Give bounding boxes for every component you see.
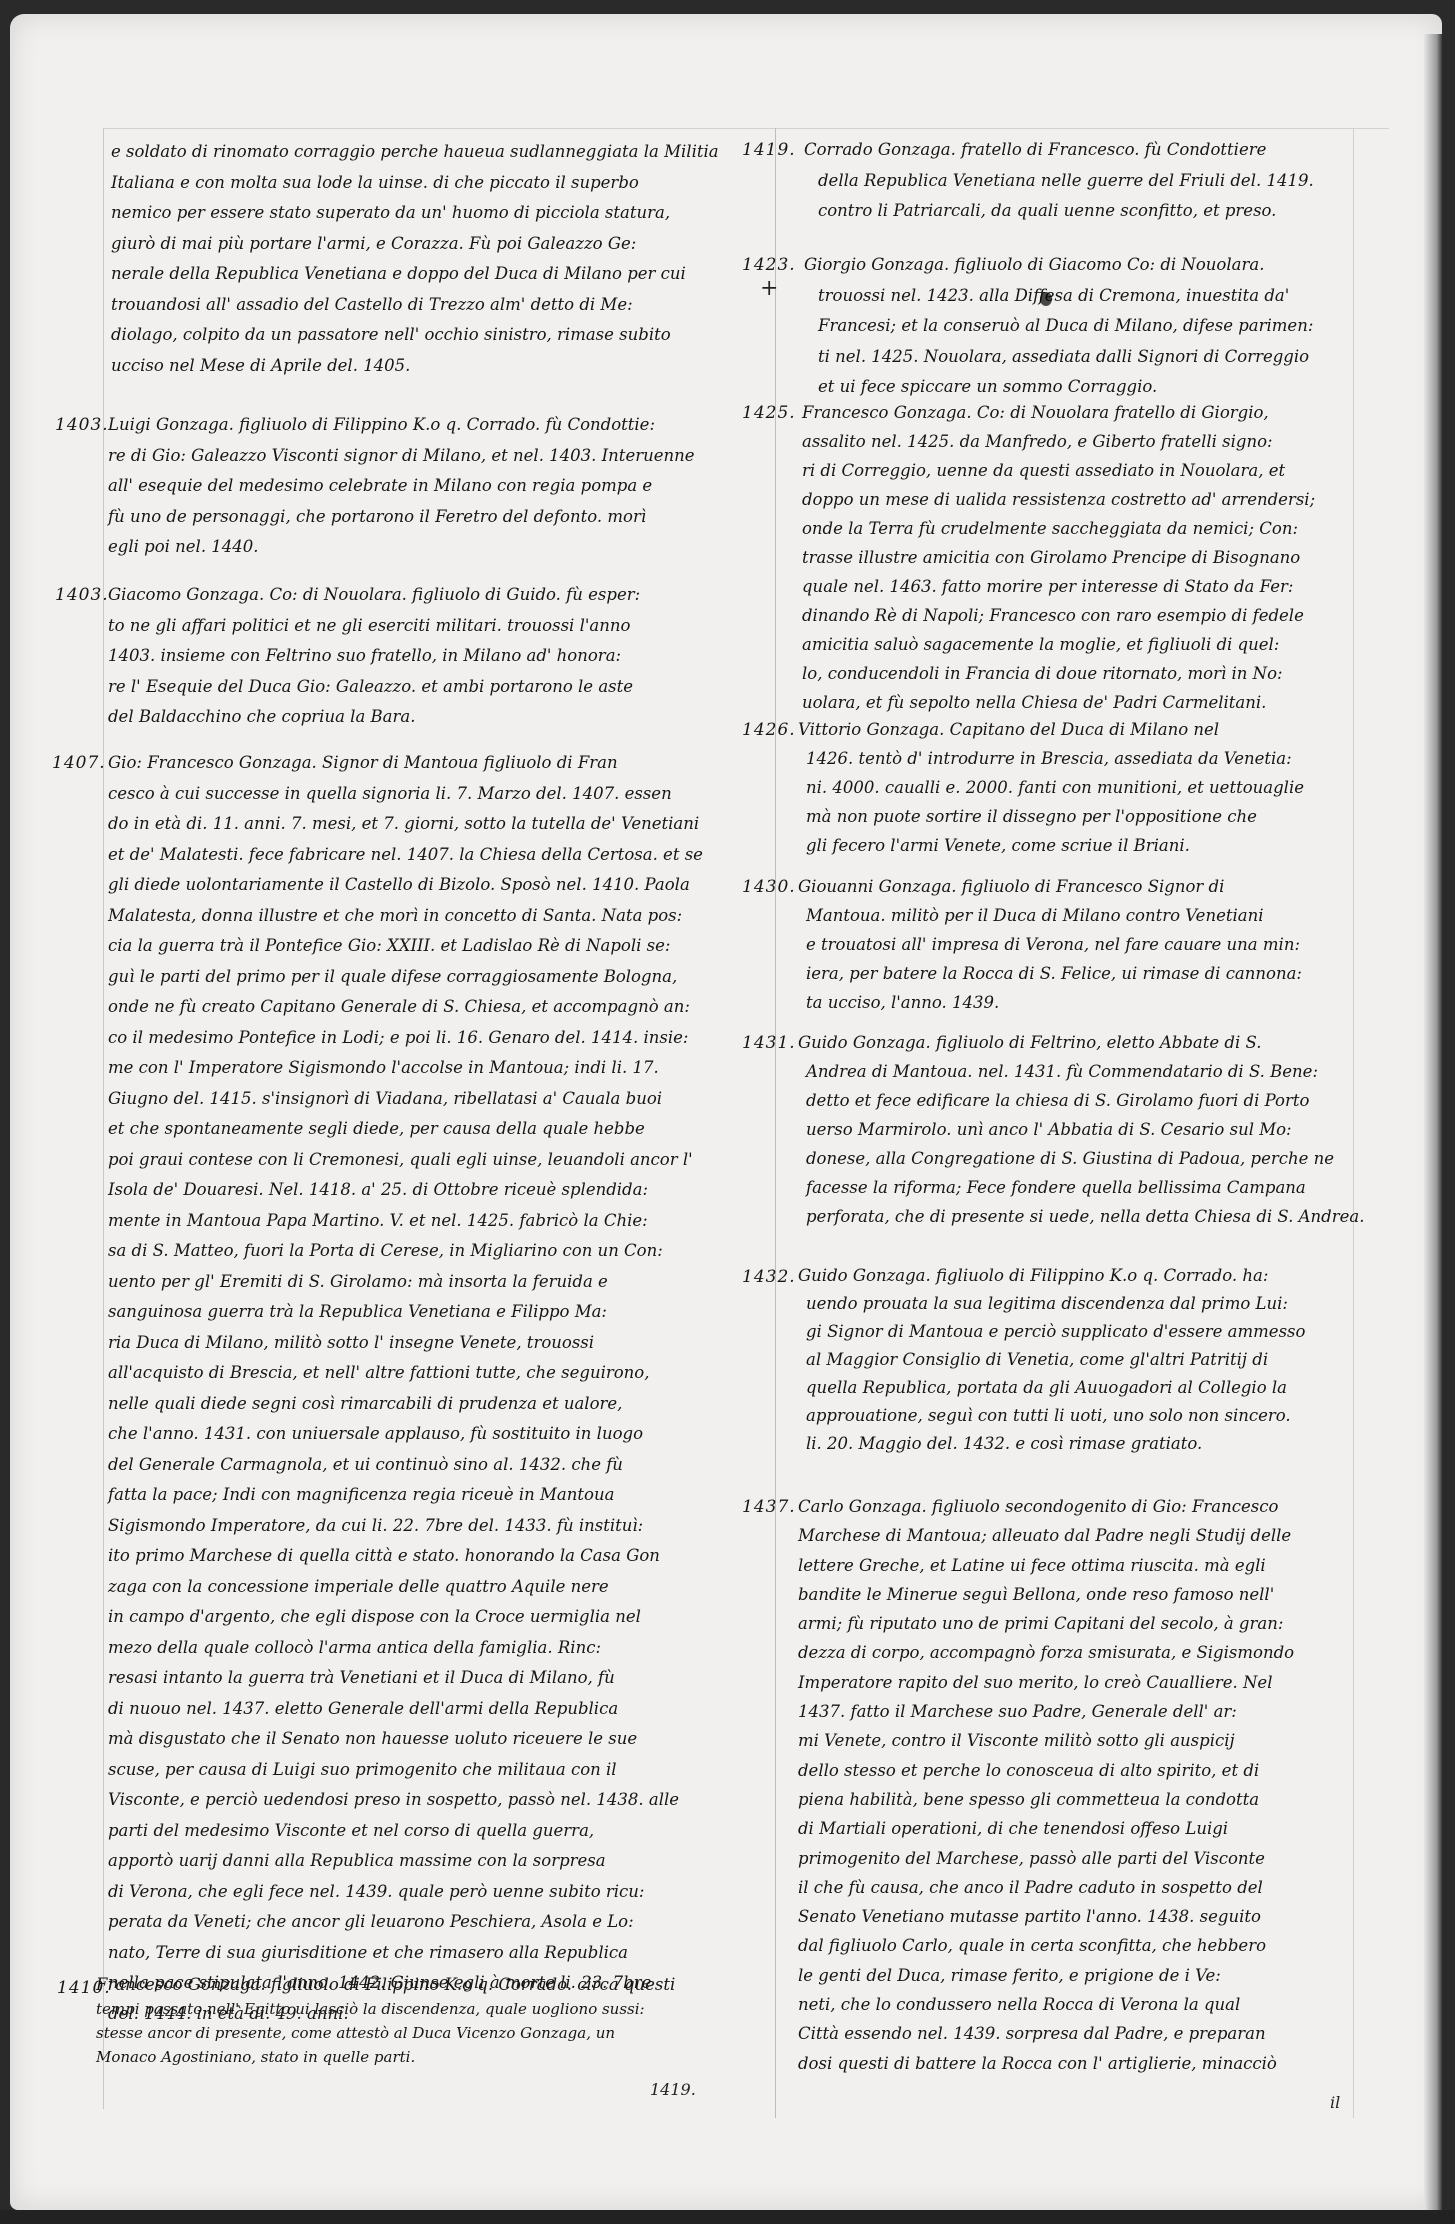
- text-line: re di Gio: Galeazzo Visconti signor di M…: [108, 441, 695, 472]
- text-line: perata da Veneti; che ancor gli leuarono…: [108, 1907, 703, 1938]
- text-line: del Baldacchino che copriua la Bara.: [108, 702, 640, 733]
- text-line: di nuouo nel. 1437. eletto Generale dell…: [108, 1694, 703, 1725]
- text-line: ucciso nel Mese di Aprile del. 1405.: [111, 351, 719, 382]
- entry-text: Guido Gonzaga. figliuolo di Feltrino, el…: [798, 1028, 1364, 1231]
- entry-text: Giorgio Gonzaga. figliuolo di Giacomo Co…: [804, 250, 1313, 403]
- text-line: perforata, che di presente si uede, nell…: [798, 1202, 1364, 1231]
- text-line: che l'anno. 1431. con uniuersale applaus…: [108, 1419, 703, 1450]
- text-line: apportò uarij danni alla Republica massi…: [108, 1846, 703, 1877]
- text-line: cia la guerra trà il Pontefice Gio: XXII…: [108, 931, 703, 962]
- text-line: neti, che lo condussero nella Rocca di V…: [798, 1990, 1294, 2019]
- year-note: 1425.: [742, 398, 796, 429]
- text-line: do in età di. 11. anni. 7. mesi, et 7. g…: [108, 809, 703, 840]
- text-line: diolago, colpito da un passatore nell' o…: [111, 320, 719, 351]
- text-line: di Verona, che egli fece nel. 1439. qual…: [108, 1877, 703, 1908]
- text-line: Monaco Agostiniano, stato in quelle part…: [96, 2045, 675, 2069]
- text-line: Malatesta, donna illustre et che morì in…: [108, 901, 703, 932]
- text-line: Francesco Gonzaga. Co: di Nouolara frate…: [802, 398, 1315, 427]
- text-line: fù uno de personaggi, che portarono il F…: [108, 502, 695, 533]
- text-line: e trouatosi all' impresa di Verona, nel …: [798, 930, 1302, 959]
- text-line: in campo d'argento, che egli dispose con…: [108, 1602, 703, 1633]
- text-line: al Maggior Consiglio di Venetia, come gl…: [798, 1346, 1305, 1374]
- text-line: ri di Correggio, uenne da questi assedia…: [802, 456, 1315, 485]
- text-line: Senato Venetiano mutasse partito l'anno.…: [798, 1902, 1294, 1931]
- text-line: dezza di corpo, accompagnò forza smisura…: [798, 1638, 1294, 1667]
- text-line: Vittorio Gonzaga. Capitano del Duca di M…: [798, 715, 1304, 744]
- text-line: all'acquisto di Brescia, et nell' altre …: [108, 1358, 703, 1389]
- text-line: to ne gli affari politici et ne gli eser…: [108, 611, 640, 642]
- text-line: nato, Terre di sua giurisditione et che …: [108, 1938, 703, 1969]
- text-line: approuatione, seguì con tutti li uoti, u…: [798, 1402, 1305, 1430]
- text-line: fatta la pace; Indi con magnificenza reg…: [108, 1480, 703, 1511]
- text-line: Visconte, e perciò uedendosi preso in so…: [108, 1785, 703, 1816]
- text-line: il che fù causa, che anco il Padre cadut…: [798, 1873, 1294, 1902]
- text-line: Carlo Gonzaga. figliuolo secondogenito d…: [798, 1492, 1294, 1521]
- year-note: 1403.: [55, 410, 109, 441]
- text-line: scuse, per causa di Luigi suo primogenit…: [108, 1755, 703, 1786]
- text-line: piena habilità, bene spesso gli commette…: [798, 1785, 1294, 1814]
- text-line: e soldato di rinomato corraggio perche h…: [111, 137, 719, 168]
- text-line: Corrado Gonzaga. fratello di Francesco. …: [804, 135, 1314, 166]
- text-line: nemico per essere stato superato da un' …: [111, 198, 719, 229]
- text-line: dosi questi di battere la Rocca con l' a…: [798, 2049, 1294, 2078]
- year-note: 1437.: [742, 1492, 796, 1523]
- text-line: contro li Patriarcali, da quali uenne sc…: [804, 196, 1314, 227]
- text-line: amicitia saluò sagacemente la moglie, et…: [802, 630, 1315, 659]
- text-line: facesse la riforma; Fece fondere quella …: [798, 1173, 1364, 1202]
- text-line: mà non puote sortire il dissegno per l'o…: [798, 802, 1304, 831]
- text-line: onde la Terra fù crudelmente saccheggiat…: [802, 514, 1315, 543]
- text-line: bandite le Minerue seguì Bellona, onde r…: [798, 1580, 1294, 1609]
- text-line: mente in Mantoua Papa Martino. V. et nel…: [108, 1206, 703, 1237]
- text-line: dinando Rè di Napoli; Francesco con raro…: [802, 601, 1315, 630]
- text-line: trasse illustre amicitia con Girolamo Pr…: [802, 543, 1315, 572]
- text-line: trouandosi all' assadio del Castello di …: [111, 290, 719, 321]
- text-line: Mantoua. militò per il Duca di Milano co…: [798, 901, 1302, 930]
- text-line: dello stesso et perche lo conosceua di a…: [798, 1756, 1294, 1785]
- text-line: armi; fù riputato uno de primi Capitani …: [798, 1609, 1294, 1638]
- year-note: 1407.: [52, 748, 106, 779]
- entry-text: Luigi Gonzaga. figliuolo di Filippino K.…: [108, 410, 695, 563]
- entry-text: Giacomo Gonzaga. Co: di Nouolara. figliu…: [108, 580, 640, 733]
- text-line: mezo della quale collocò l'arma antica d…: [108, 1633, 703, 1664]
- text-line: mà disgustato che il Senato non hauesse …: [108, 1724, 703, 1755]
- year-note: 1431.: [742, 1028, 796, 1059]
- text-line: primogenito del Marchese, passò alle par…: [798, 1844, 1294, 1873]
- catchword: il: [1330, 2088, 1340, 2119]
- text-line: Giugno del. 1415. s'insignorì di Viadana…: [108, 1084, 703, 1115]
- text-line: re l' Esequie del Duca Gio: Galeazzo. et…: [108, 672, 640, 703]
- entry-text: Vittorio Gonzaga. Capitano del Duca di M…: [798, 715, 1304, 860]
- text-line: gi Signor di Mantoua e perciò supplicato…: [798, 1318, 1305, 1346]
- bottom-shadow: [0, 2210, 1455, 2224]
- text-line: lettere Greche, et Latine ui fece ottima…: [798, 1551, 1294, 1580]
- entry-text: Francesco Gonzaga. figliuolo di Filippin…: [96, 1973, 675, 2069]
- text-line: et de' Malatesti. fece fabricare nel. 14…: [108, 840, 703, 871]
- text-line: resasi intanto la guerra trà Venetiani e…: [108, 1663, 703, 1694]
- catchword: 1419.: [650, 2075, 696, 2106]
- text-line: quella Republica, portata da gli Auuogad…: [798, 1374, 1305, 1402]
- text-line: li. 20. Maggio del. 1432. e così rimase …: [798, 1430, 1305, 1458]
- text-line: guì le parti del primo per il quale dife…: [108, 962, 703, 993]
- text-line: egli poi nel. 1440.: [108, 532, 695, 563]
- text-line: Italiana e con molta sua lode la uinse. …: [111, 168, 719, 199]
- text-line: Francesi; et la conseruò al Duca di Mila…: [804, 311, 1313, 342]
- entry-text: Giouanni Gonzaga. figliuolo di Francesco…: [798, 872, 1302, 1017]
- text-line: detto et fece edificare la chiesa di S. …: [798, 1086, 1364, 1115]
- text-line: nelle quali diede segni così rimarcabili…: [108, 1389, 703, 1420]
- text-line: ria Duca di Milano, militò sotto l' inse…: [108, 1328, 703, 1359]
- text-line: donese, alla Congregatione di S. Giustin…: [798, 1144, 1364, 1173]
- text-line: Guido Gonzaga. figliuolo di Filippino K.…: [798, 1262, 1305, 1290]
- text-line: uerso Marmirolo. unì anco l' Abbatia di …: [798, 1115, 1364, 1144]
- text-line: del Generale Carmagnola, et ui continuò …: [108, 1450, 703, 1481]
- text-line: ni. 4000. caualli e. 2000. fanti con mun…: [798, 773, 1304, 802]
- text-line: dal figliuolo Carlo, quale in certa scon…: [798, 1931, 1294, 1960]
- text-line: 1403. insieme con Feltrino suo fratello,…: [108, 641, 640, 672]
- text-line: Guido Gonzaga. figliuolo di Feltrino, el…: [798, 1028, 1364, 1057]
- text-line: onde ne fù creato Capitano Generale di S…: [108, 992, 703, 1023]
- text-line: co il medesimo Pontefice in Lodi; e poi …: [108, 1023, 703, 1054]
- text-line: ito primo Marchese di quella città e sta…: [108, 1541, 703, 1572]
- text-line: Francesco Gonzaga. figliuolo di Filippin…: [96, 1973, 675, 1997]
- page-edge: [1424, 34, 1442, 2214]
- text-line: le genti del Duca, rimase ferito, e prig…: [798, 1961, 1294, 1990]
- text-line: lo, conducendoli in Francia di doue rito…: [802, 659, 1315, 688]
- text-line: mi Venete, contro il Visconte militò sot…: [798, 1726, 1294, 1755]
- text-line: sanguinosa guerra trà la Republica Venet…: [108, 1297, 703, 1328]
- text-line: doppo un mese di ualida ressistenza cost…: [802, 485, 1315, 514]
- text-line: gli diede uolontariamente il Castello di…: [108, 870, 703, 901]
- text-line: Gio: Francesco Gonzaga. Signor di Mantou…: [108, 748, 703, 779]
- text-line: di Martiali operationi, di che tenendosi…: [798, 1814, 1294, 1843]
- text-line: Giouanni Gonzaga. figliuolo di Francesco…: [798, 872, 1302, 901]
- text-line: tempi passato nell' Egitto ui lasciò la …: [96, 1997, 675, 2021]
- text-line: ta ucciso, l'anno. 1439.: [798, 988, 1302, 1017]
- entry-text: Guido Gonzaga. figliuolo di Filippino K.…: [798, 1262, 1305, 1458]
- text-line: me con l' Imperatore Sigismondo l'accols…: [108, 1053, 703, 1084]
- text-line: ti nel. 1425. Nouolara, assediata dalli …: [804, 342, 1313, 373]
- text-line: zaga con la concessione imperiale delle …: [108, 1572, 703, 1603]
- text-line: Imperatore rapito del suo merito, lo cre…: [798, 1668, 1294, 1697]
- text-line: della Republica Venetiana nelle guerre d…: [804, 166, 1314, 197]
- text-line: gli fecero l'armi Venete, come scriue il…: [798, 831, 1304, 860]
- entry-text: Gio: Francesco Gonzaga. Signor di Mantou…: [108, 748, 703, 2029]
- text-line: assalito nel. 1425. da Manfredo, e Giber…: [802, 427, 1315, 456]
- text-line: Isola de' Douaresi. Nel. 1418. a' 25. di…: [108, 1175, 703, 1206]
- entry-text: Carlo Gonzaga. figliuolo secondogenito d…: [798, 1492, 1294, 2078]
- text-line: et che spontaneamente segli diede, per c…: [108, 1114, 703, 1145]
- text-line: poi graui contese con li Cremonesi, qual…: [108, 1145, 703, 1176]
- year-note: 1432.: [742, 1262, 796, 1293]
- text-line: iera, per batere la Rocca di S. Felice, …: [798, 959, 1302, 988]
- text-line: all' esequie del medesimo celebrate in M…: [108, 471, 695, 502]
- entry-text: Corrado Gonzaga. fratello di Francesco. …: [804, 135, 1314, 227]
- text-line: cesco à cui successe in quella signoria …: [108, 779, 703, 810]
- year-note: 1419.: [742, 135, 796, 166]
- text-line: Marchese di Mantoua; alleuato dal Padre …: [798, 1521, 1294, 1550]
- text-line: uento per gl' Eremiti di S. Girolamo: mà…: [108, 1267, 703, 1298]
- text-line: uolara, et fù sepolto nella Chiesa de' P…: [802, 688, 1315, 717]
- text-line: trouossi nel. 1423. alla Diffesa di Crem…: [804, 281, 1313, 312]
- entry-text: e soldato di rinomato corraggio perche h…: [111, 137, 719, 381]
- text-line: 1426. tentò d' introdurre in Brescia, as…: [798, 744, 1304, 773]
- text-line: Sigismondo Imperatore, da cui li. 22. 7b…: [108, 1511, 703, 1542]
- text-line: nerale della Republica Venetiana e doppo…: [111, 259, 719, 290]
- text-line: parti del medesimo Visconte et nel corso…: [108, 1816, 703, 1847]
- text-line: Giorgio Gonzaga. figliuolo di Giacomo Co…: [804, 250, 1313, 281]
- entry-text: Francesco Gonzaga. Co: di Nouolara frate…: [802, 398, 1315, 717]
- text-line: Andrea di Mantoua. nel. 1431. fù Commend…: [798, 1057, 1364, 1086]
- text-line: stesse ancor di presente, come attestò a…: [96, 2021, 675, 2045]
- cross-mark-icon: +: [760, 274, 778, 305]
- text-line: Luigi Gonzaga. figliuolo di Filippino K.…: [108, 410, 695, 441]
- ink-blot: [1040, 292, 1052, 306]
- text-line: sa di S. Matteo, fuori la Porta di Ceres…: [108, 1236, 703, 1267]
- text-line: giurò di mai più portare l'armi, e Coraz…: [111, 229, 719, 260]
- text-line: uendo prouata la sua legitima discendenz…: [798, 1290, 1305, 1318]
- text-line: quale nel. 1463. fatto morire per intere…: [802, 572, 1315, 601]
- year-note: 1426.: [742, 715, 796, 746]
- text-line: Giacomo Gonzaga. Co: di Nouolara. figliu…: [108, 580, 640, 611]
- year-note: 1430.: [742, 872, 796, 903]
- year-note: 1403.: [55, 580, 109, 611]
- text-line: 1437. fatto il Marchese suo Padre, Gener…: [798, 1697, 1294, 1726]
- text-line: Città essendo nel. 1439. sorpresa dal Pa…: [798, 2019, 1294, 2048]
